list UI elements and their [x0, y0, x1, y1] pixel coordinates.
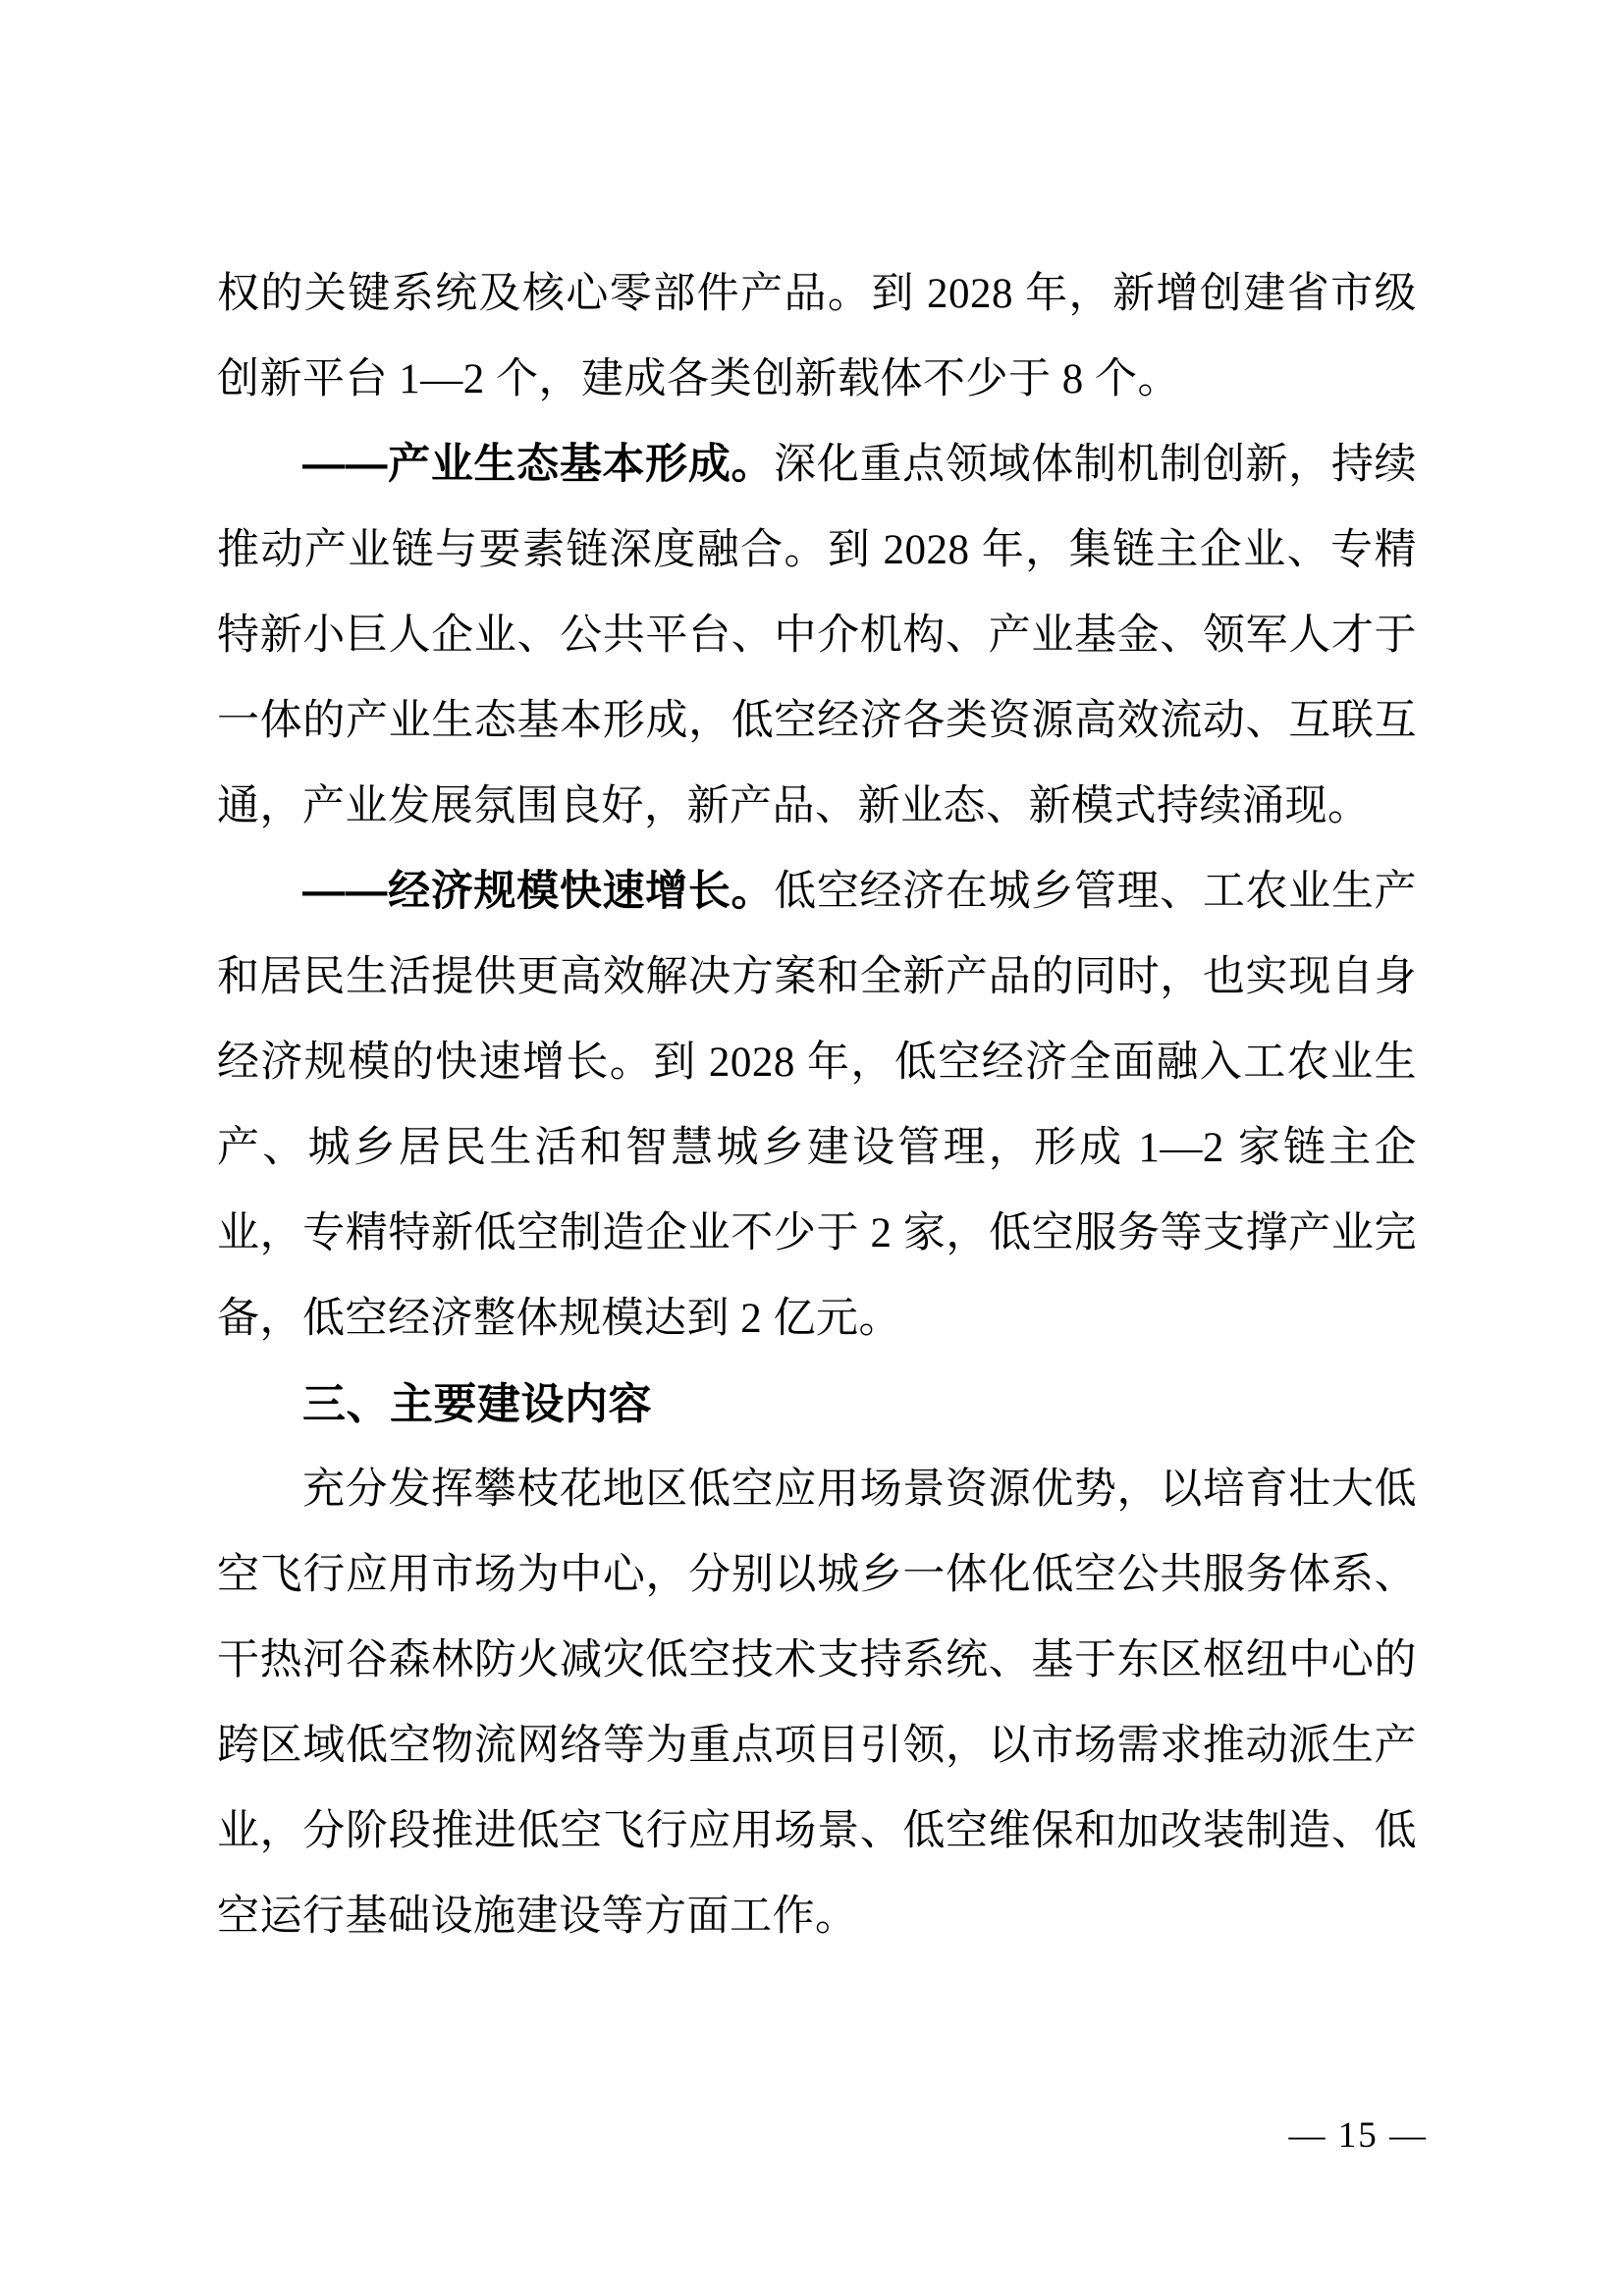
paragraph-scale-lead: ——经济规模快速增长。 — [302, 868, 774, 915]
paragraph-scale-text: 低空经济在城乡管理、工农业生产和居民生活提供更高效解决方案和全新产品的同时，也实… — [217, 869, 1417, 1342]
document-body: 权的关键系统及核心零部件产品。到 2028 年，新增创建省市级创新平台 1—2 … — [217, 251, 1417, 1959]
paragraph-main-content: 充分发挥攀枝花地区低空应用场景资源优势，以培育壮大低空飞行应用市场为中心，分别以… — [217, 1447, 1417, 1959]
page-number: — 15 — — [1289, 2112, 1429, 2160]
paragraph-ecosystem-lead: ——产业生态基本形成。 — [302, 441, 774, 488]
document-page: 权的关键系统及核心零部件产品。到 2028 年，新增创建省市级创新平台 1—2 … — [0, 0, 1624, 2296]
paragraph-economic-scale: ——经济规模快速增长。低空经济在城乡管理、工农业生产和居民生活提供更高效解决方案… — [217, 849, 1417, 1362]
section-heading-main-construction: 三、主要建设内容 — [217, 1362, 1417, 1447]
paragraph-continuation: 权的关键系统及核心零部件产品。到 2028 年，新增创建省市级创新平台 1—2 … — [217, 251, 1417, 422]
paragraph-industry-ecosystem: ——产业生态基本形成。深化重点领域体制机制创新，持续推动产业链与要素链深度融合。… — [217, 422, 1417, 849]
paragraph-ecosystem-text: 深化重点领域体制机制创新，持续推动产业链与要素链深度融合。到 2028 年，集链… — [217, 442, 1417, 829]
